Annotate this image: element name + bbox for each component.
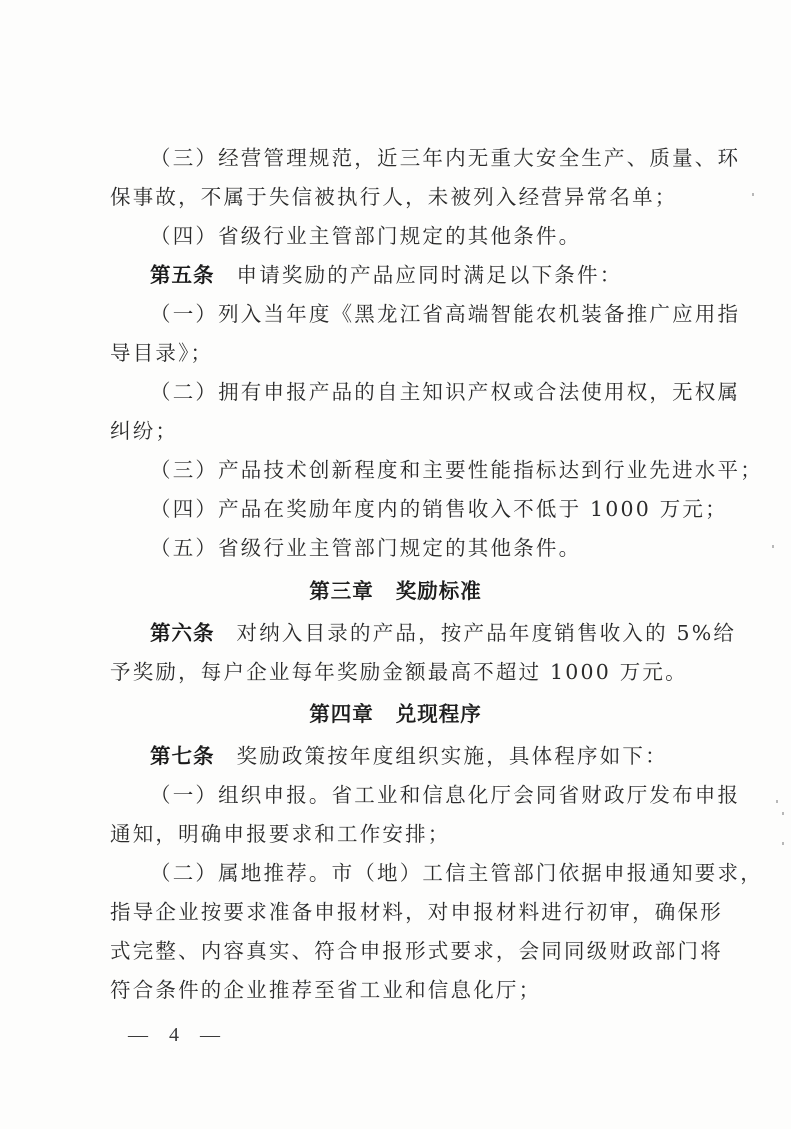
chapter-title: 兑现程序 <box>396 702 482 726</box>
paragraph-line: 符合条件的企业推荐至省工业和信息化厅； <box>110 977 710 1003</box>
article-text: 申请奖励的产品应同时满足以下条件： <box>237 263 623 287</box>
article-text: 对纳入目录的产品，按产品年度销售收入的 5%给 <box>237 621 737 645</box>
chapter-4-heading: 第四章兑现程序 <box>0 701 791 727</box>
scan-speck <box>782 812 784 815</box>
paragraph-line: 指导企业按要求准备申报材料，对申报材料进行初审，确保形 <box>110 899 710 925</box>
scan-speck <box>776 800 778 803</box>
paragraph-line: （四）产品在奖励年度内的销售收入不低于 1000 万元； <box>150 496 750 522</box>
article-label: 第七条 <box>150 744 215 768</box>
article-5: 第五条申请奖励的产品应同时满足以下条件： <box>150 262 750 288</box>
paragraph-line: 式完整、内容真实、符合申报形式要求，会同同级财政部门将 <box>110 938 710 964</box>
paragraph-line: 予奖励，每户企业每年奖励金额最高不超过 1000 万元。 <box>110 659 710 685</box>
paragraph-line: 通知，明确申报要求和工作安排； <box>110 821 710 847</box>
page-number: — 4 — <box>128 1024 228 1047</box>
chapter-title: 奖励标准 <box>396 579 482 603</box>
chapter-number: 第三章 <box>309 579 374 603</box>
paragraph-line: （一）组织申报。省工业和信息化厅会同省财政厅发布申报 <box>150 782 750 808</box>
scan-speck <box>782 842 784 845</box>
paragraph-line: 纠纷； <box>110 418 710 444</box>
paragraph-line: （五）省级行业主管部门规定的其他条件。 <box>150 535 750 561</box>
chapter-number: 第四章 <box>309 702 374 726</box>
paragraph-line: 导目录》； <box>110 340 710 366</box>
article-6: 第六条对纳入目录的产品，按产品年度销售收入的 5%给 <box>150 620 750 646</box>
article-text: 奖励政策按年度组织实施，具体程序如下： <box>237 744 668 768</box>
document-page: （三）经营管理规范，近三年内无重大安全生产、质量、环 保事故，不属于失信被执行人… <box>0 0 791 1129</box>
article-7: 第七条奖励政策按年度组织实施，具体程序如下： <box>150 743 750 769</box>
paragraph-line: （二）属地推荐。市（地）工信主管部门依据申报通知要求， <box>150 860 750 886</box>
scan-speck <box>752 193 754 196</box>
chapter-3-heading: 第三章奖励标准 <box>0 578 791 604</box>
paragraph-line: （四）省级行业主管部门规定的其他条件。 <box>150 223 750 249</box>
paragraph-line: （二）拥有申报产品的自主知识产权或合法使用权，无权属 <box>150 379 750 405</box>
paragraph-line: （三）产品技术创新程度和主要性能指标达到行业先进水平； <box>150 457 750 483</box>
paragraph-line: （三）经营管理规范，近三年内无重大安全生产、质量、环 <box>150 145 750 171</box>
article-label: 第六条 <box>150 621 215 645</box>
scan-speck <box>772 545 774 548</box>
paragraph-line: 保事故，不属于失信被执行人，未被列入经营异常名单； <box>110 184 710 210</box>
paragraph-line: （一）列入当年度《黑龙江省高端智能农机装备推广应用指 <box>150 301 750 327</box>
article-label: 第五条 <box>150 263 215 287</box>
